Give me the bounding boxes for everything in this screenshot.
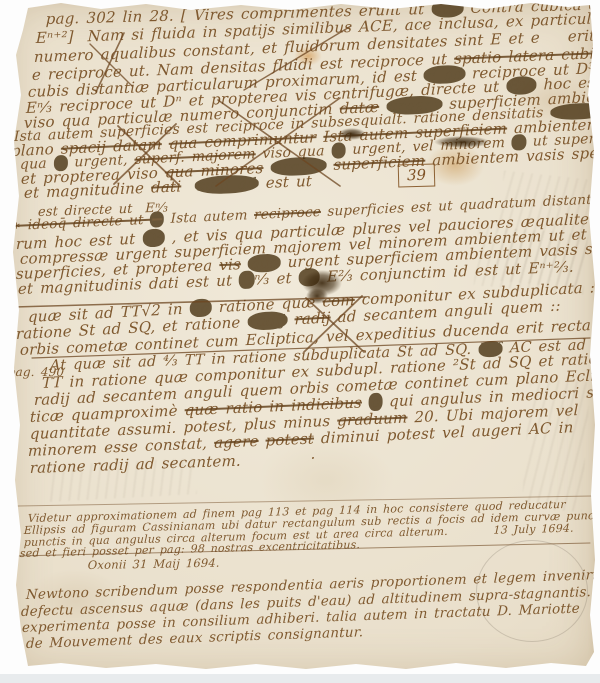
page-number: 39 <box>407 166 427 184</box>
ink-blot: sunt ad <box>195 174 259 195</box>
ink-blot: radij <box>247 311 287 331</box>
ink-blot <box>338 128 366 140</box>
ink-blot: E <box>239 271 254 290</box>
paper: 39 pag. 302 lin 28. [ Vires comprimentes… <box>6 0 596 676</box>
photo-background: 39 pag. 302 lin 28. [ Vires comprimentes… <box>0 0 600 683</box>
ink-blot: o <box>369 393 382 412</box>
ink-blot <box>306 288 328 304</box>
page-number-stamp: 39 <box>398 164 436 188</box>
ink-blot <box>434 136 490 148</box>
ink-blot: E <box>150 211 164 228</box>
manuscript-line: Oxonii 31 Maij 1694. <box>88 558 220 572</box>
photo-edge <box>0 674 600 683</box>
